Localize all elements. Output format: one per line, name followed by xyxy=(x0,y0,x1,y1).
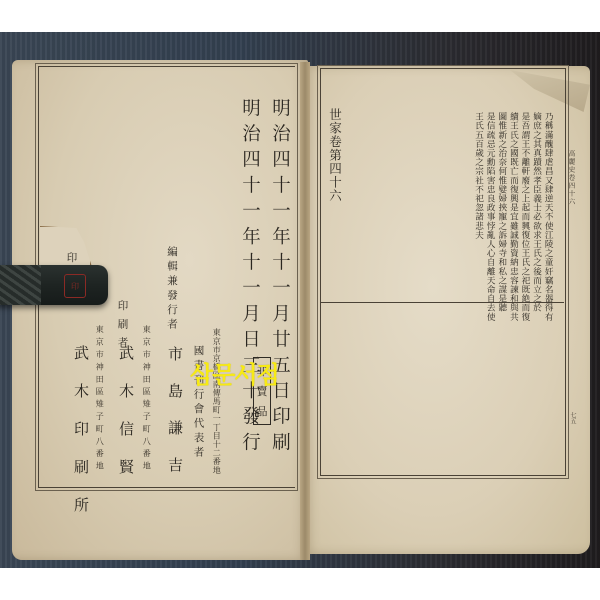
text-column: 是吾謂王不離軒廢之上起而興復位王氏之祀既絶而復 xyxy=(518,112,530,321)
editor-publisher-role: 編輯兼發行者 xyxy=(150,246,178,333)
red-seal-mark: 印 xyxy=(64,274,86,298)
text-column: 乃稱滿醜肆虐昌又肆逆天不使江陵之童奸竊名器得有 xyxy=(542,112,554,321)
printer-name: 武木信賢 xyxy=(118,345,133,497)
stone-seal-stamp: 印 xyxy=(0,265,108,305)
text-column: 續王氏之國既亡而復興是宜雖誠勤資納忠容諫和與共 xyxy=(507,112,519,321)
text-column: 是信疏忌元勳陷害忠良政事悖亂人心自離天命自去使 xyxy=(484,112,496,321)
text-column: 王氏五百歲之宗社不祀忽諸悲夫 xyxy=(472,112,484,321)
editor-publisher-address: 東京市神田區雉子町八番地 xyxy=(143,325,151,474)
page-number: 七五 xyxy=(569,412,575,425)
text-column: 嫡庶之其真蹟然孝臣義士必欲求王氏之後而立之於 xyxy=(530,112,542,321)
price-char: 品 xyxy=(257,406,268,417)
editor-publisher-name: 市島謙吉 xyxy=(167,346,182,494)
volume-title: 世家卷第四十六 xyxy=(328,108,341,203)
running-head: 高麗史卷四十六 xyxy=(568,150,575,206)
shop-watermark: 삼문서점 xyxy=(190,355,279,390)
book-spine xyxy=(300,62,310,560)
body-text-block: 乃稱滿醜肆虐昌又肆逆天不使江陵之童奸竊名器得有 嫡庶之其真蹟然孝臣義士必欲求王氏… xyxy=(472,112,553,321)
printing-office-name: 武木印刷所 xyxy=(73,345,88,535)
torn-fragment-char: 印 xyxy=(66,252,77,264)
printer-address: 東京市神田區雉子町八番地 xyxy=(96,325,104,474)
print-date: 明治四十一年十一月廿五日印刷 xyxy=(270,98,289,458)
text-column: 圖惟新之治奈何惟嬖婦挾寵之訴婦寺和私之謀是聽 xyxy=(495,112,507,321)
publisher-org-address: 東京市京橋區南傳馬町一丁目十二番地 xyxy=(213,328,221,474)
